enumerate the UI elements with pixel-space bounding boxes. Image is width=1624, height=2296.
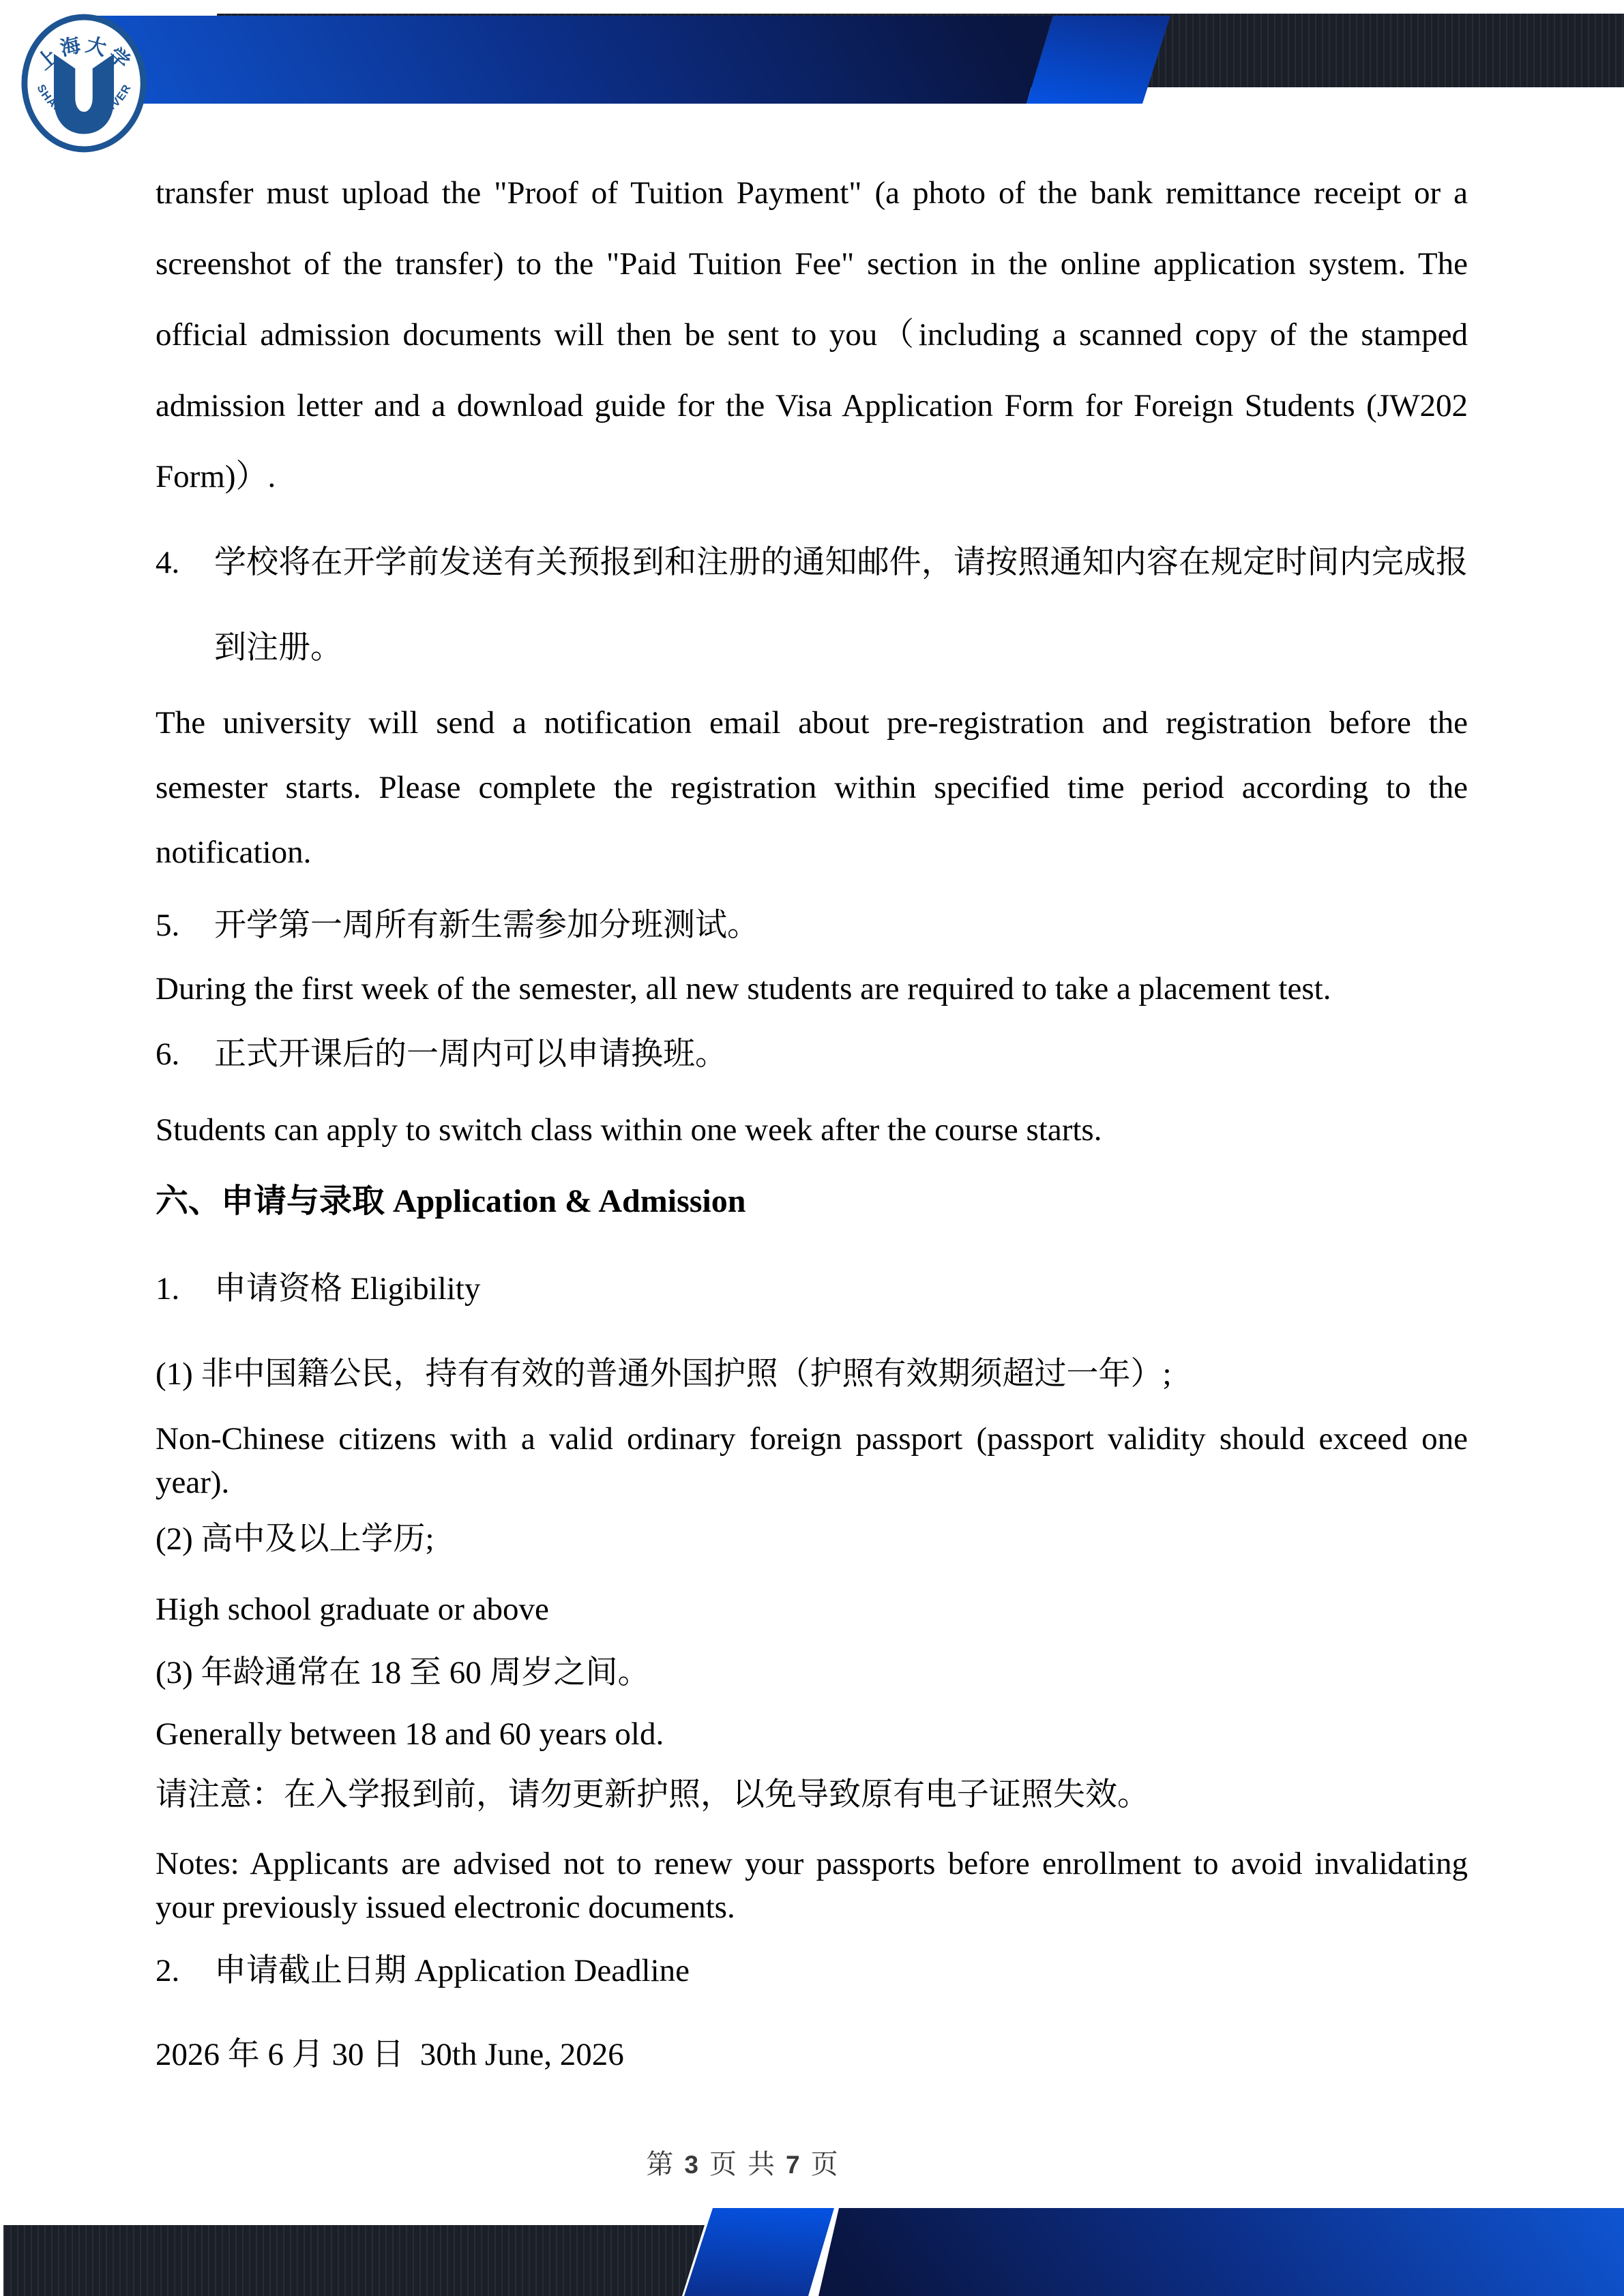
- text-line: Non-Chinese citizens with a valid ordina…: [156, 1417, 1468, 1461]
- text-line: Notes: Applicants are advised not to ren…: [156, 1842, 1468, 1885]
- list-number: 5.: [156, 893, 214, 958]
- text-line: official admission documents will then b…: [156, 299, 1468, 370]
- text-line: The university will send a notification …: [156, 691, 1468, 756]
- header-banner-blue-parallelogram: [77, 16, 1052, 104]
- page-label-ye1: 页: [709, 2149, 737, 2179]
- footer-banner-dark-band: [3, 2225, 705, 2296]
- text-line: 申请资格 Eligibility: [214, 1257, 1468, 1322]
- list-item-eligibility: 1. 申请资格 Eligibility: [156, 1257, 1468, 1322]
- list-item-4: 4. 学校将在开学前发送有关预报到和注册的通知邮件，请按照通知内容在规定时间内完…: [156, 520, 1468, 691]
- text-line: 学校将在开学前发送有关预报到和注册的通知邮件，请按照通知内容在规定时间内完成报: [214, 520, 1468, 606]
- document-page: 上海大学 SHANGHAI UNIVERSITY transfer must u…: [0, 0, 1624, 2296]
- page-label-di: 第: [646, 2149, 673, 2179]
- page-label-ye2: 页: [811, 2149, 838, 2179]
- paragraph-placement-test: During the first week of the semester, a…: [156, 957, 1468, 1022]
- list-number: 1.: [156, 1257, 214, 1322]
- page-number-indicator: 第3页共7页: [640, 2148, 843, 2181]
- total-page-number: 7: [786, 2151, 800, 2179]
- text-line: transfer must upload the "Proof of Tuiti…: [156, 158, 1468, 228]
- paragraph-switch-class: Students can apply to switch class withi…: [156, 1098, 1468, 1163]
- text-line: (1) 非中国籍公民，持有有效的普通外国护照（护照有效期须超过一年）;: [156, 1342, 1468, 1407]
- list-item-5: 5. 开学第一周所有新生需参加分班测试。: [156, 893, 1468, 958]
- text-line: Form)）.: [156, 441, 1468, 512]
- text-line: 到注册。: [214, 606, 1468, 691]
- list-number: 4.: [156, 520, 214, 606]
- paragraph-eligibility-3-cn: (3) 年龄通常在 18 至 60 周岁之间。: [156, 1641, 1468, 1705]
- text-line: notification.: [156, 820, 1468, 885]
- list-item-6: 6. 正式开课后的一周内可以申请换班。: [156, 1022, 1468, 1087]
- paragraph-eligibility-2-cn: (2) 高中及以上学历;: [156, 1507, 1468, 1572]
- text-line: screenshot of the transfer) to the "Paid…: [156, 228, 1468, 299]
- text-line: (3) 年龄通常在 18 至 60 周岁之间。: [156, 1641, 1468, 1705]
- text-line: (2) 高中及以上学历;: [156, 1507, 1468, 1572]
- paragraph-eligibility-2-en: High school graduate or above: [156, 1577, 1468, 1642]
- text-line: During the first week of the semester, a…: [156, 957, 1468, 1022]
- list-number: 6.: [156, 1022, 214, 1087]
- text-line: 请注意：在入学报到前，请勿更新护照，以免导致原有电子证照失效。: [156, 1763, 1468, 1828]
- section-heading-application-admission: 六、申请与录取 Application & Admission: [156, 1167, 1468, 1236]
- text-line: Generally between 18 and 60 years old.: [156, 1702, 1468, 1767]
- text-line: 2026 年 6 月 30 日 30th June, 2026: [156, 2023, 1468, 2087]
- list-item-deadline: 2. 申请截止日期 Application Deadline: [156, 1939, 1468, 2003]
- paragraph-eligibility-1-en: Non-Chinese citizens with a valid ordina…: [156, 1417, 1468, 1504]
- text-line: 申请截止日期 Application Deadline: [214, 1939, 1468, 2003]
- paragraph-passport-note-cn: 请注意：在入学报到前，请勿更新护照，以免导致原有电子证照失效。: [156, 1763, 1468, 1828]
- page-label-gong: 共: [748, 2149, 775, 2179]
- paragraph-eligibility-1-cn: (1) 非中国籍公民，持有有效的普通外国护照（护照有效期须超过一年）;: [156, 1342, 1468, 1407]
- paragraph-tuition-payment: transfer must upload the "Proof of Tuiti…: [156, 158, 1468, 512]
- text-line: Students can apply to switch class withi…: [156, 1098, 1468, 1163]
- current-page-number: 3: [684, 2151, 698, 2179]
- paragraph-registration-email: The university will send a notification …: [156, 691, 1468, 885]
- text-line: 正式开课后的一周内可以申请换班。: [214, 1022, 1468, 1087]
- text-line: 开学第一周所有新生需参加分班测试。: [214, 893, 1468, 958]
- footer-banner-blue-strip: [684, 2208, 834, 2296]
- text-line: year).: [156, 1461, 1468, 1504]
- heading-text: 六、申请与录取 Application & Admission: [156, 1167, 1468, 1236]
- text-line: admission letter and a download guide fo…: [156, 370, 1468, 441]
- footer-banner-blue-parallelogram: [818, 2208, 1624, 2296]
- text-line: High school graduate or above: [156, 1577, 1468, 1642]
- paragraph-passport-note-en: Notes: Applicants are advised not to ren…: [156, 1842, 1468, 1929]
- emblem-dove-eye: [77, 103, 82, 108]
- paragraph-eligibility-3-en: Generally between 18 and 60 years old.: [156, 1702, 1468, 1767]
- paragraph-deadline-date: 2026 年 6 月 30 日 30th June, 2026: [156, 2023, 1468, 2087]
- shanghai-university-logo: 上海大学 SHANGHAI UNIVERSITY: [20, 12, 147, 154]
- text-line: semester starts. Please complete the reg…: [156, 756, 1468, 820]
- text-line: your previously issued electronic docume…: [156, 1885, 1468, 1929]
- list-number: 2.: [156, 1939, 214, 2003]
